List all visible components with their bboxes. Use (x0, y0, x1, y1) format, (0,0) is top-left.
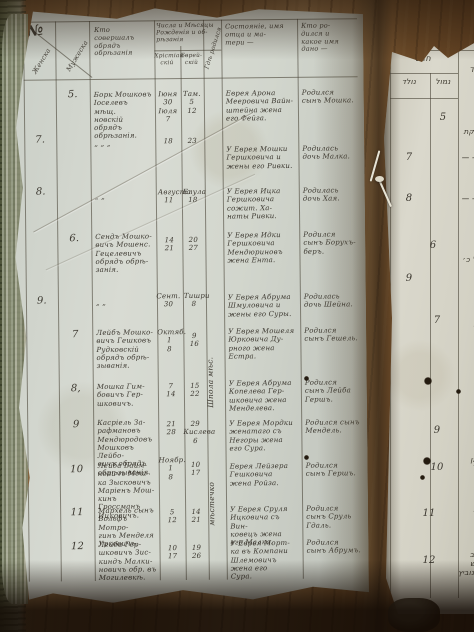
parents-entry: У Еврея Мошки Гершковича и жены его Ривк… (226, 145, 294, 170)
parents-entry: Еврея Лейзера Гешковича жена Ройза. (230, 462, 298, 487)
entry-number-male: 11 (64, 507, 90, 519)
jewish-date: 19 26 (186, 544, 206, 561)
entry-number-male: 12 (64, 541, 90, 553)
circumciser-entry: Мошка Гим- бовичъ Гер- шковичъ. (97, 382, 155, 407)
table-line (297, 19, 304, 579)
hebrew-entry: · · · (460, 275, 474, 284)
circumciser-entry: Касріель За- рафмановъ Мендюродовъ Мошко… (97, 418, 156, 476)
circumciser-entry: Лейбъ Мошко- вичъ Гешковъ Рудковскій обр… (96, 328, 154, 370)
jewish-date: Тишри 8 (184, 292, 204, 309)
entry-number-male: 10 (64, 464, 90, 476)
entry-number-male: 6 (422, 240, 444, 252)
worm-hole (420, 475, 425, 480)
register-page-left: № Женска Мужеска Кто совершалъ обрядъ об… (7, 4, 369, 608)
circumciser-entry: „ „ „ (94, 139, 152, 148)
fold-crease (33, 112, 253, 233)
circumciser-entry: Лейба Баим- новичъ Мош- ка Зысковичъ Мар… (98, 461, 157, 519)
where-born-note: мѣстечко (207, 446, 217, 526)
hebrew-entry: ביום תשרי נמול (460, 313, 474, 340)
christian-date: 5 12 (161, 508, 183, 525)
jewish-date: 20 27 (183, 236, 203, 253)
hebrew-entry: — — — — (460, 154, 474, 172)
circumciser-entry: „ „ (96, 298, 154, 307)
table-line (24, 76, 358, 80)
jewish-date: Там. 5 12 (182, 90, 202, 115)
entry-number-female: 8. (29, 186, 53, 198)
jewish-date: 10 17 (186, 461, 206, 478)
jewish-date: 9 16 (184, 332, 204, 349)
parents-entry: У Еврея Абрума Шмуловича и жены его Суры… (228, 293, 296, 318)
entry-number-male: 8, (63, 383, 89, 395)
christian-date: 14 21 (158, 236, 180, 253)
where-born-note: Шпола мѣс. (206, 308, 216, 408)
christian-date: 7 14 (160, 382, 182, 399)
christian-date: 10 17 (161, 544, 183, 561)
jewish-date: Елула 18 (183, 188, 203, 205)
parents-entry: У Еврея Ицка Гершковича сожит. Ха- наты … (227, 187, 295, 221)
worm-hole (456, 389, 461, 394)
parents-entry: У Еврея Абрума Копелева Гер- шковича жен… (229, 379, 297, 413)
christian-date: Іюня 30 Іюля 7 (157, 90, 179, 123)
entry-number-female: 8 (394, 193, 424, 205)
shadow-overlay (0, 560, 474, 632)
table-line (390, 98, 458, 99)
table-line (203, 20, 210, 580)
circumciser-entry: Мархель сынъ Вольфъ Мотро- гинъ Менделя … (98, 506, 156, 548)
table-line (154, 20, 161, 580)
parents-entry: У Еврея Мордки женатаго съ Негоры жена е… (229, 419, 297, 453)
entry-number-female: 9 (394, 273, 424, 285)
jewish-date: 23 (182, 137, 202, 145)
entry-number-male: 5. (60, 89, 86, 101)
christian-date: Октяб. 1 8 (157, 328, 181, 353)
christian-date: Ноябр. 1 8 (159, 456, 183, 481)
table-line (180, 46, 187, 580)
hebrew-entry: נולד כ״ט ומל כסלו זרפמן (460, 421, 474, 465)
child-entry: Родился сынъ Мошка. (302, 88, 358, 105)
child-entry: Родилась дочь Хая. (303, 186, 359, 203)
parents-entry: У Еврея Идки Гершковича Мендюриновъ жена… (227, 231, 295, 265)
entry-number-male: 6. (61, 233, 87, 245)
worm-hole (304, 455, 309, 460)
entry-number-male: 9 (426, 425, 448, 437)
jewish-date: 14 21 (186, 508, 206, 525)
child-entry: Родилась дочь Малка. (302, 144, 358, 161)
entry-number-female: 9. (30, 295, 54, 307)
table-line (55, 21, 62, 581)
entry-number-male: 5 (432, 112, 454, 124)
hebrew-entry: בן ר׳ שרול (460, 508, 474, 526)
entry-number-female: 7. (28, 134, 52, 146)
hebrew-entry: נולד אלול ונמול כ׳ (460, 238, 474, 265)
entry-number-male: 7 (426, 315, 448, 327)
hebrew-entry: — — — (460, 195, 474, 204)
circumciser-entry: Сендъ Мошко- вичъ Мошенс. Гецелевичъ обр… (95, 232, 153, 274)
shadow-overlay (0, 0, 474, 60)
parents-entry: У Еврея Мошеля Юрковича Ду- рного жена Е… (228, 327, 296, 361)
archival-register-photo: № Женска Мужеска Кто совершалъ обрядъ об… (0, 0, 474, 632)
entry-number-male: 11 (418, 508, 440, 520)
parents-entry: Еврея Арона Мееровича Вайн- штейна жена … (226, 89, 294, 123)
hebrew-circumcised-subheader: נמול (430, 78, 456, 87)
fold-crease (46, 174, 256, 271)
table-line (221, 20, 228, 580)
book-binding-crease (352, 0, 398, 632)
christian-date: 21 28 (160, 420, 182, 437)
parents-entry: У Еврея Сруля Ицковича съ Вин- ковецъ же… (230, 505, 298, 547)
hebrew-entry: בן ר׳ ליב (460, 462, 474, 480)
christian-date: Августа 11 (158, 188, 180, 205)
hebrew-entry: נולד ביום פ׳ חקת (460, 110, 474, 137)
table-line (390, 73, 458, 74)
entry-number-male: 7 (62, 329, 88, 341)
table-line (458, 50, 459, 598)
worm-hole (304, 376, 309, 381)
jewish-date: 29 Кислева 6 (183, 420, 207, 445)
worm-hole (423, 457, 431, 465)
christian-date: Сент. 30 (156, 292, 181, 309)
table-line (89, 21, 96, 581)
worm-hole (424, 377, 432, 385)
circumciser-entry: Борк Мошковъ Іоселевъ мѣщ. новскій обряд… (94, 90, 153, 140)
christian-date: 18 (157, 137, 179, 145)
entry-number-male: 9 (63, 419, 89, 431)
binding-thread-knot (375, 176, 384, 182)
circumciser-entry: „ „ (95, 192, 153, 201)
jewish-date: 15 22 (185, 382, 205, 399)
entry-number-female: 7 (394, 152, 424, 164)
